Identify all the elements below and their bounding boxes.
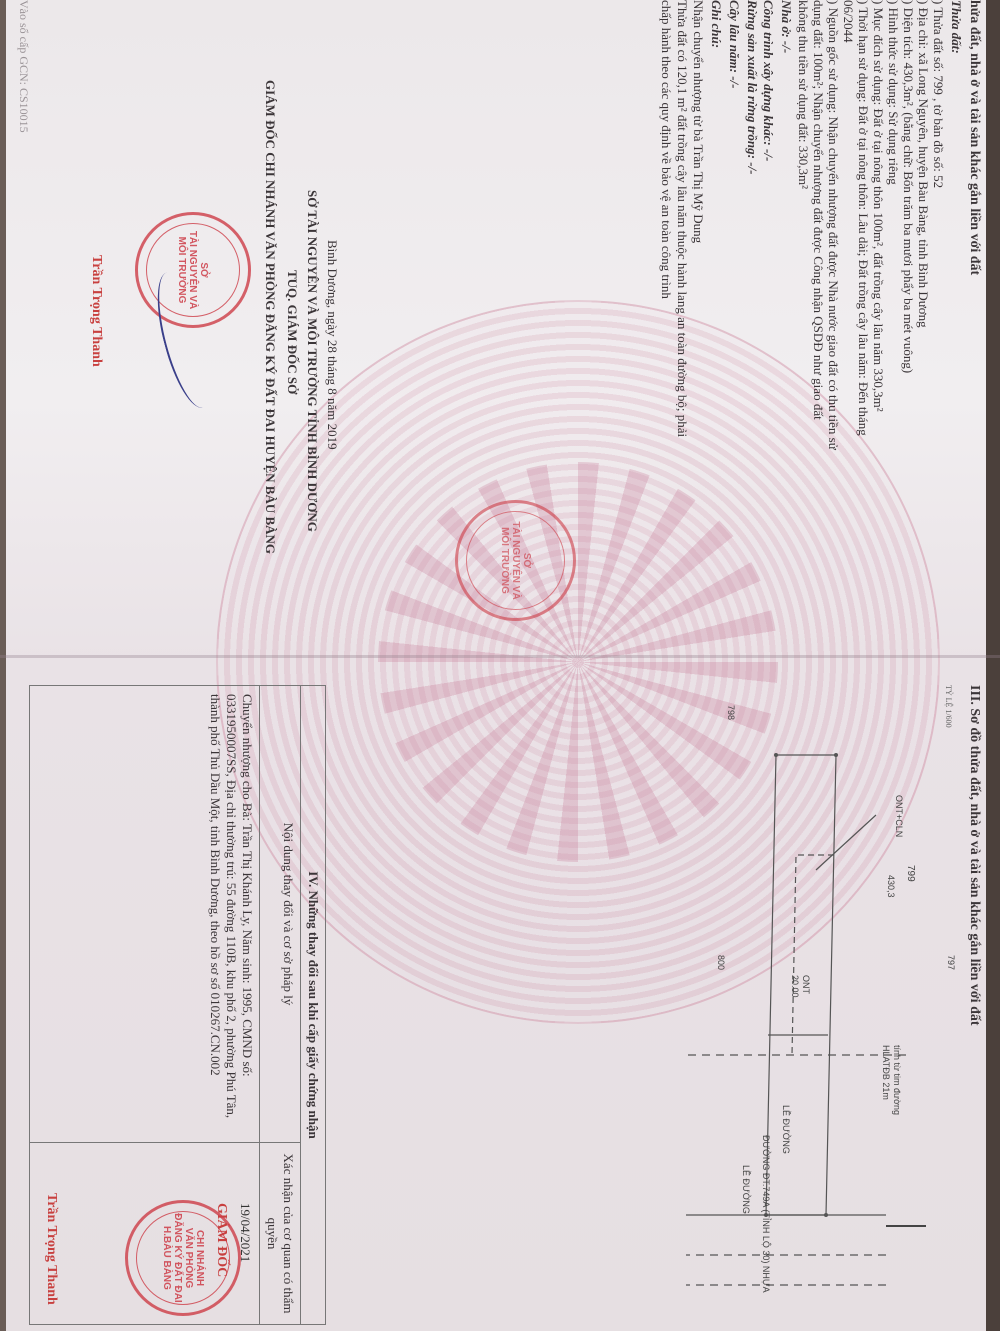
plan-section-title: III. Sơ đồ thửa đất, nhà ở và tài sản kh… xyxy=(967,685,982,1026)
note-line: chấp hành theo các quy định về bảo vệ an… xyxy=(659,0,674,299)
parcel-line: không thu tiền sử dụng đất: 330,3m² xyxy=(796,0,811,189)
page-fold xyxy=(0,655,1000,658)
road-name-label: ĐƯỜNG ĐT.749A (TỈNH LỘ 30) NHỰA xyxy=(761,1135,771,1293)
table-surface-edge xyxy=(986,0,1000,1331)
neighbor-800: 800 xyxy=(716,955,726,970)
forest-field: Rừng sản xuất là rừng trồng: -/- xyxy=(745,0,760,175)
col-header-content: Nội dung thay đổi và cơ sở pháp lý xyxy=(260,686,301,1143)
north-arrow-icon xyxy=(886,1225,926,1227)
right-page: III. Sơ đồ thửa đất, nhà ở và tài sản kh… xyxy=(6,665,986,1331)
parcel-line: ) Thửa đất số: 799 , tờ bản đồ số: 52 xyxy=(931,0,946,188)
signer-position: GIÁM ĐỐC CHI NHÁNH VĂN PHÒNG ĐĂNG KÝ ĐẤT… xyxy=(263,80,278,554)
parcel-line: ) Diện tích: 430,3m², (bằng chữ: Bốn tră… xyxy=(901,0,916,373)
parcel-line: ) Địa chỉ: xã Long Nguyên, huyện Bàu Bàn… xyxy=(916,0,931,328)
confirm-signer: Trần Trọng Thanh xyxy=(44,1193,59,1305)
parcel-line: dụng đất: 100m²; Nhận chuyển nhượng đất … xyxy=(811,0,826,420)
note-line: Thửa đất có 120,1 m² đất trồng cây lâu n… xyxy=(675,0,690,437)
notes-title: Ghi chú: xyxy=(709,0,724,48)
signer-name: Trần Trọng Thanh xyxy=(89,255,104,367)
neighbor-797: 797 xyxy=(946,955,956,970)
registry-number: Vào sổ cấp GCN: CS10015 xyxy=(16,0,31,133)
road-edge-label: LỀ ĐƯỜNG xyxy=(781,1105,791,1154)
certificate-document: hửa đất, nhà ở và tài sản khác gắn liền … xyxy=(0,0,1000,1331)
section-title: hửa đất, nhà ở và tài sản khác gắn liền … xyxy=(967,0,982,275)
parcel-line: ) Mục đích sử dụng: Đất ở tại nông thôn … xyxy=(871,0,886,412)
parcel-area-label: 430,3 xyxy=(886,875,896,898)
inner-dim-label: 20.00 xyxy=(790,975,800,998)
parcel-line: 06/2044 xyxy=(841,0,856,43)
road-edge-label-2: LỀ ĐƯỜNG xyxy=(741,1165,751,1214)
note-line: Nhận chuyển nhượng từ bà Trần Thị Mỹ Dun… xyxy=(691,0,706,243)
parcel-line: ) Thời hạn sử dụng: Đất ở tại nông thôn:… xyxy=(856,0,871,436)
watermark-stamp: SỞ TÀI NGUYÊN VÀ MÔI TRƯỜNG xyxy=(455,500,576,621)
corridor-label: HLATĐB 21m xyxy=(881,1045,891,1100)
proxy-title: TUQ. GIÁM ĐỐC SỞ xyxy=(285,270,300,394)
changes-title: IV. Những thay đổi sau khi cấp giấy chứn… xyxy=(301,686,326,1325)
corridor-sub: tính từ tim đường xyxy=(892,1045,902,1115)
parcel-number-label: 799 xyxy=(905,865,916,882)
parcel-use-label: ONT+CLN xyxy=(894,795,904,837)
place-date: Bình Dương, ngày 28 tháng 8 năm 2019 xyxy=(325,240,340,450)
other-construction-field: Công trình xây dựng khác: -/- xyxy=(761,0,776,161)
perennial-field: Cây lâu năm: -/- xyxy=(727,0,742,88)
neighbor-798: 798 xyxy=(726,705,736,720)
registration-office-stamp: CHI NHÁNH VĂN PHÒNG ĐĂNG KÝ ĐẤT ĐAI H.BÀ… xyxy=(125,1200,241,1316)
house-field: Nhà ở: -/- xyxy=(779,0,794,53)
subsection-title: Thửa đất: xyxy=(949,0,964,54)
parcel-line: ) Hình thức sử dụng: Sử dụng riêng xyxy=(886,0,901,185)
col-header-confirm: Xác nhận của cơ quan có thẩm quyền xyxy=(260,1143,301,1325)
left-page: hửa đất, nhà ở và tài sản khác gắn liền … xyxy=(6,0,986,650)
inner-use-label: ONT xyxy=(801,975,811,994)
authority-name: SỞ TÀI NGUYÊN VÀ MÔI TRƯỜNG TỈNH BÌNH DƯ… xyxy=(305,190,320,532)
parcel-line: ) Nguồn gốc sử dụng: Nhận chuyển nhượng … xyxy=(826,0,841,450)
change-entry: Chuyển nhượng cho Bà: Trần Thị Khánh Ly,… xyxy=(30,686,260,1143)
